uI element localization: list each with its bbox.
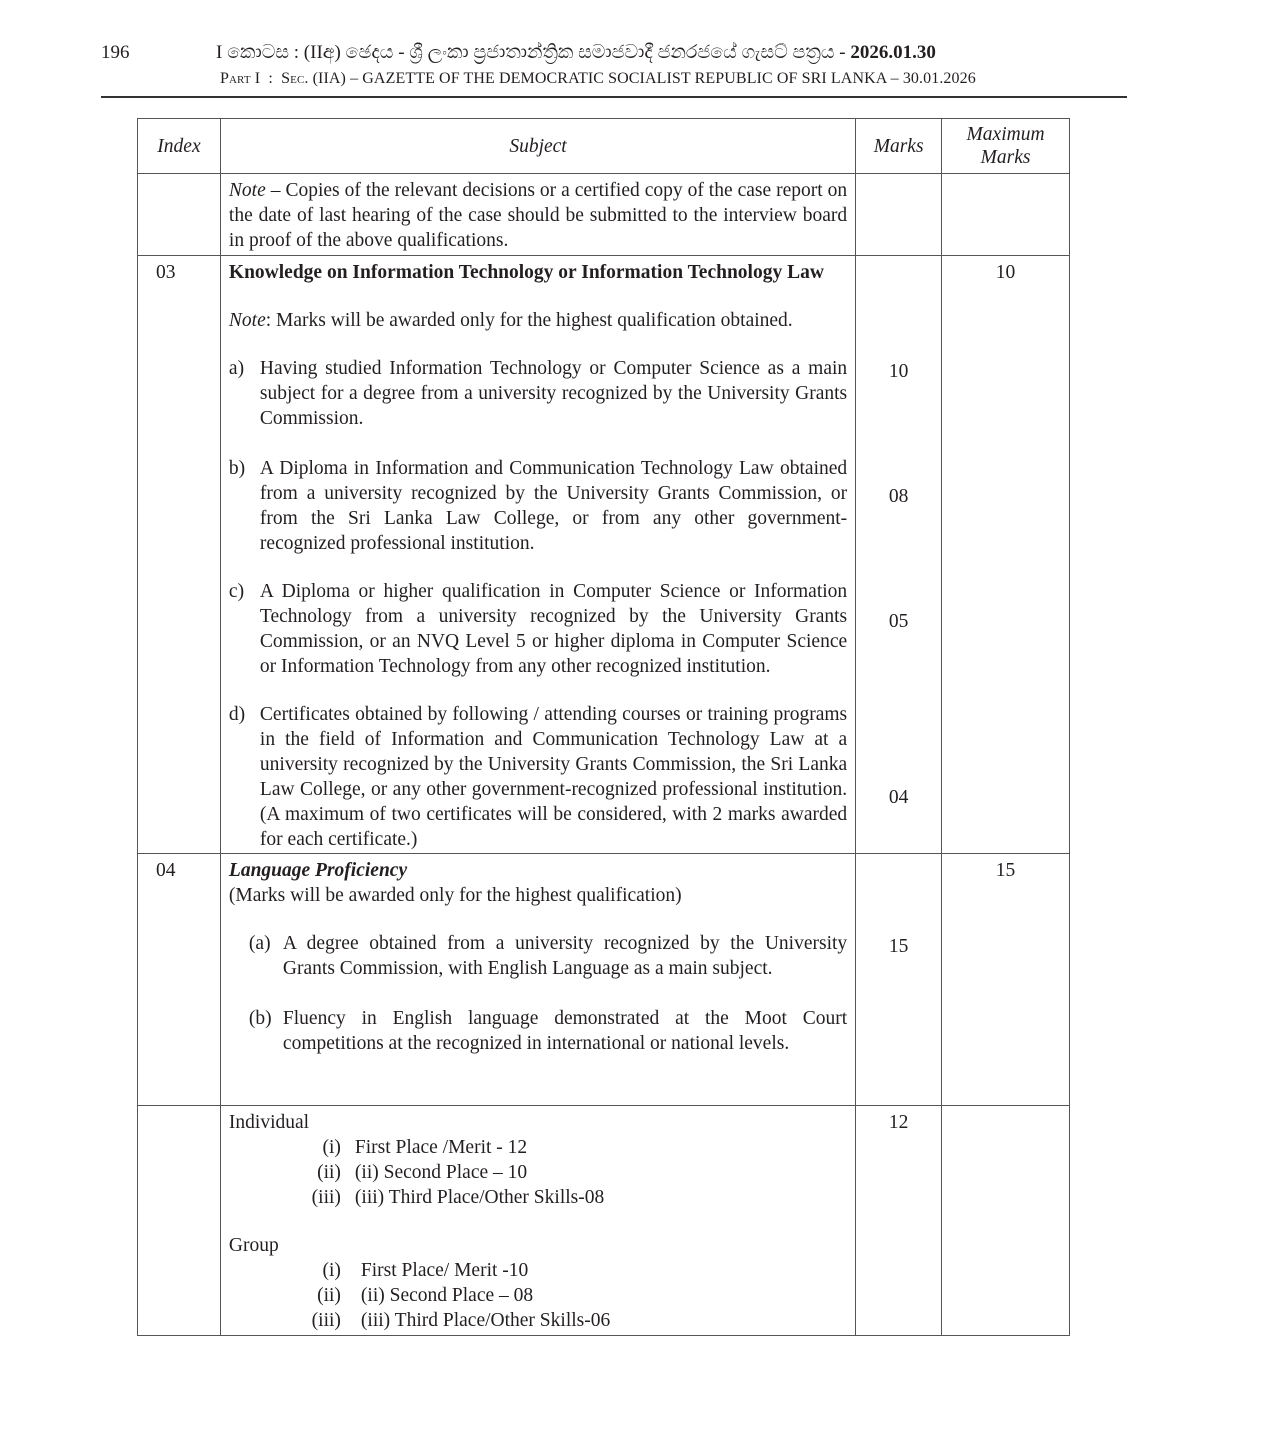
- item-num: (iii): [229, 1308, 341, 1333]
- item-text: Having studied Information Technology or…: [260, 356, 847, 431]
- item-label: (a): [249, 931, 283, 981]
- header-title-text: (IIA) – GAZETTE OF THE DEMOCRATIC SOCIAL…: [313, 70, 976, 87]
- note-label: Note: [229, 180, 266, 201]
- item-num: (ii): [229, 1283, 341, 1308]
- row04-marks: 15: [856, 934, 941, 959]
- item-label: d): [229, 702, 260, 852]
- header-colon: :: [264, 70, 277, 87]
- item-text: First Place/ Merit -10: [341, 1258, 528, 1283]
- item-text: Fluency in English language demonstrated…: [283, 1006, 847, 1056]
- item-label: (b): [249, 1006, 283, 1056]
- header-index: Index: [138, 119, 221, 174]
- item-text: (iii) Third Place/Other Skills-08: [341, 1185, 604, 1210]
- row03-note-text: : Marks will be awarded only for the hig…: [266, 310, 793, 331]
- item-num: (ii): [229, 1160, 341, 1185]
- moot-group-2: (ii)(ii) Second Place – 08: [229, 1283, 847, 1308]
- header-english-title: Part I : Sec. (IIA) – GAZETTE OF THE DEM…: [220, 70, 976, 88]
- moot-group-3: (iii)(iii) Third Place/Other Skills-06: [229, 1308, 847, 1333]
- header-marks: Marks: [856, 119, 942, 174]
- row03-marks-d: 04: [856, 785, 941, 810]
- item-text: A Diploma in Information and Communicati…: [260, 456, 847, 556]
- note-index-cell: [138, 174, 221, 256]
- row03-marks-b: 08: [856, 484, 941, 509]
- row04-subtitle: (Marks will be awarded only for the high…: [229, 883, 847, 908]
- item-num: (i): [229, 1135, 341, 1160]
- item-text: (iii) Third Place/Other Skills-06: [341, 1308, 610, 1333]
- item-text: A Diploma or higher qualification in Com…: [260, 579, 847, 679]
- item-text: (ii) Second Place – 08: [341, 1283, 533, 1308]
- header-subject: Subject: [220, 119, 855, 174]
- row03-marks-c: 05: [856, 609, 941, 634]
- moot-index-cell: [138, 1106, 221, 1336]
- item-text: (ii) Second Place – 10: [341, 1160, 527, 1185]
- header-max-marks-line2: Marks: [942, 146, 1069, 169]
- moot-individual-3: (iii)(iii) Third Place/Other Skills-08: [229, 1185, 847, 1210]
- row04-item-a: (a) A degree obtained from a university …: [229, 931, 847, 981]
- header-part: Part I: [220, 70, 260, 87]
- row03-note-label: Note: [229, 310, 266, 331]
- row03-marks-cell: 10 08 05 04: [856, 256, 942, 854]
- row04-max-marks: 15: [942, 854, 1070, 1106]
- moot-max-cell: [942, 1106, 1070, 1336]
- header-sinhala-date: 2026.01.30: [850, 42, 936, 63]
- moot-individual-label: Individual: [229, 1110, 847, 1135]
- row03-subject: Knowledge on Information Technology or I…: [220, 256, 855, 854]
- table-row-04: 04 Language Proficiency (Marks will be a…: [138, 854, 1070, 1106]
- header-sinhala-text: I කොටස : (IIඅ) ඡෙදය - ශ්‍රී ලංකා ප්‍රජාත…: [216, 42, 846, 63]
- table-row-03: 03 Knowledge on Information Technology o…: [138, 256, 1070, 854]
- item-label: c): [229, 579, 260, 679]
- row04-title: Language Proficiency: [229, 858, 847, 883]
- row03-item-d: d) Certificates obtained by following / …: [229, 702, 847, 852]
- moot-subject: Individual (i)First Place /Merit - 12 (i…: [220, 1106, 855, 1336]
- item-label: b): [229, 456, 260, 556]
- row04-subject: Language Proficiency (Marks will be awar…: [220, 854, 855, 1106]
- moot-individual-1: (i)First Place /Merit - 12: [229, 1135, 847, 1160]
- header-max-marks: Maximum Marks: [942, 119, 1070, 174]
- header-sec: Sec.: [281, 70, 308, 87]
- moot-group-1: (i)First Place/ Merit -10: [229, 1258, 847, 1283]
- marks-table: Index Subject Marks Maximum Marks Note –…: [137, 118, 1070, 1336]
- row03-note: Note: Marks will be awarded only for the…: [229, 308, 847, 333]
- header-max-marks-line1: Maximum: [942, 123, 1069, 146]
- note-max-cell: [942, 174, 1070, 256]
- row03-item-b: b) A Diploma in Information and Communic…: [229, 456, 847, 556]
- item-text: First Place /Merit - 12: [341, 1135, 527, 1160]
- row03-marks-a: 10: [856, 359, 941, 384]
- moot-individual-2: (ii)(ii) Second Place – 10: [229, 1160, 847, 1185]
- note-subject-cell: Note – Copies of the relevant decisions …: [220, 174, 855, 256]
- header-divider: [101, 96, 1127, 98]
- header-sinhala-title: I කොටස : (IIඅ) ඡෙදය - ශ්‍රී ලංකා ප්‍රජාත…: [216, 42, 1016, 64]
- row04-marks-cell: 15: [856, 854, 942, 1106]
- note-marks-cell: [856, 174, 942, 256]
- item-num: (iii): [229, 1185, 341, 1210]
- row04-item-b: (b) Fluency in English language demonstr…: [229, 1006, 847, 1056]
- table-row-moot: Individual (i)First Place /Merit - 12 (i…: [138, 1106, 1070, 1336]
- page-number: 196: [101, 42, 130, 64]
- row03-max-marks: 10: [942, 256, 1070, 854]
- row03-title: Knowledge on Information Technology or I…: [229, 260, 847, 285]
- item-num: (i): [229, 1258, 341, 1283]
- row03-item-c: c) A Diploma or higher qualification in …: [229, 579, 847, 679]
- moot-marks: 12: [856, 1106, 942, 1336]
- item-label: a): [229, 356, 260, 431]
- item-text: A degree obtained from a university reco…: [283, 931, 847, 981]
- row03-item-a: a) Having studied Information Technology…: [229, 356, 847, 431]
- table-header-row: Index Subject Marks Maximum Marks: [138, 119, 1070, 174]
- row03-index: 03: [138, 256, 221, 854]
- row04-index: 04: [138, 854, 221, 1106]
- table-row-note: Note – Copies of the relevant decisions …: [138, 174, 1070, 256]
- item-text: Certificates obtained by following / att…: [260, 702, 847, 852]
- moot-group-label: Group: [229, 1233, 847, 1258]
- note-text: – Copies of the relevant decisions or a …: [229, 180, 847, 251]
